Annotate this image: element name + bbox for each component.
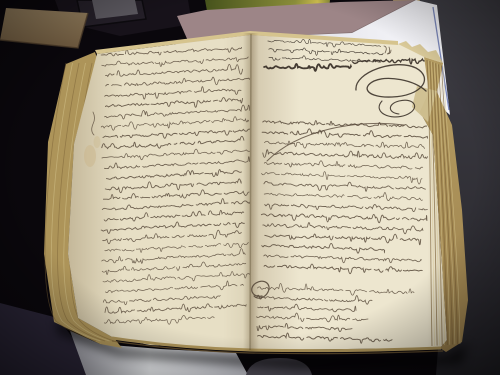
manuscript-photo-canvas [0,0,500,375]
photo-open-manuscript-book [0,0,500,375]
vignette-overlay [0,0,500,375]
